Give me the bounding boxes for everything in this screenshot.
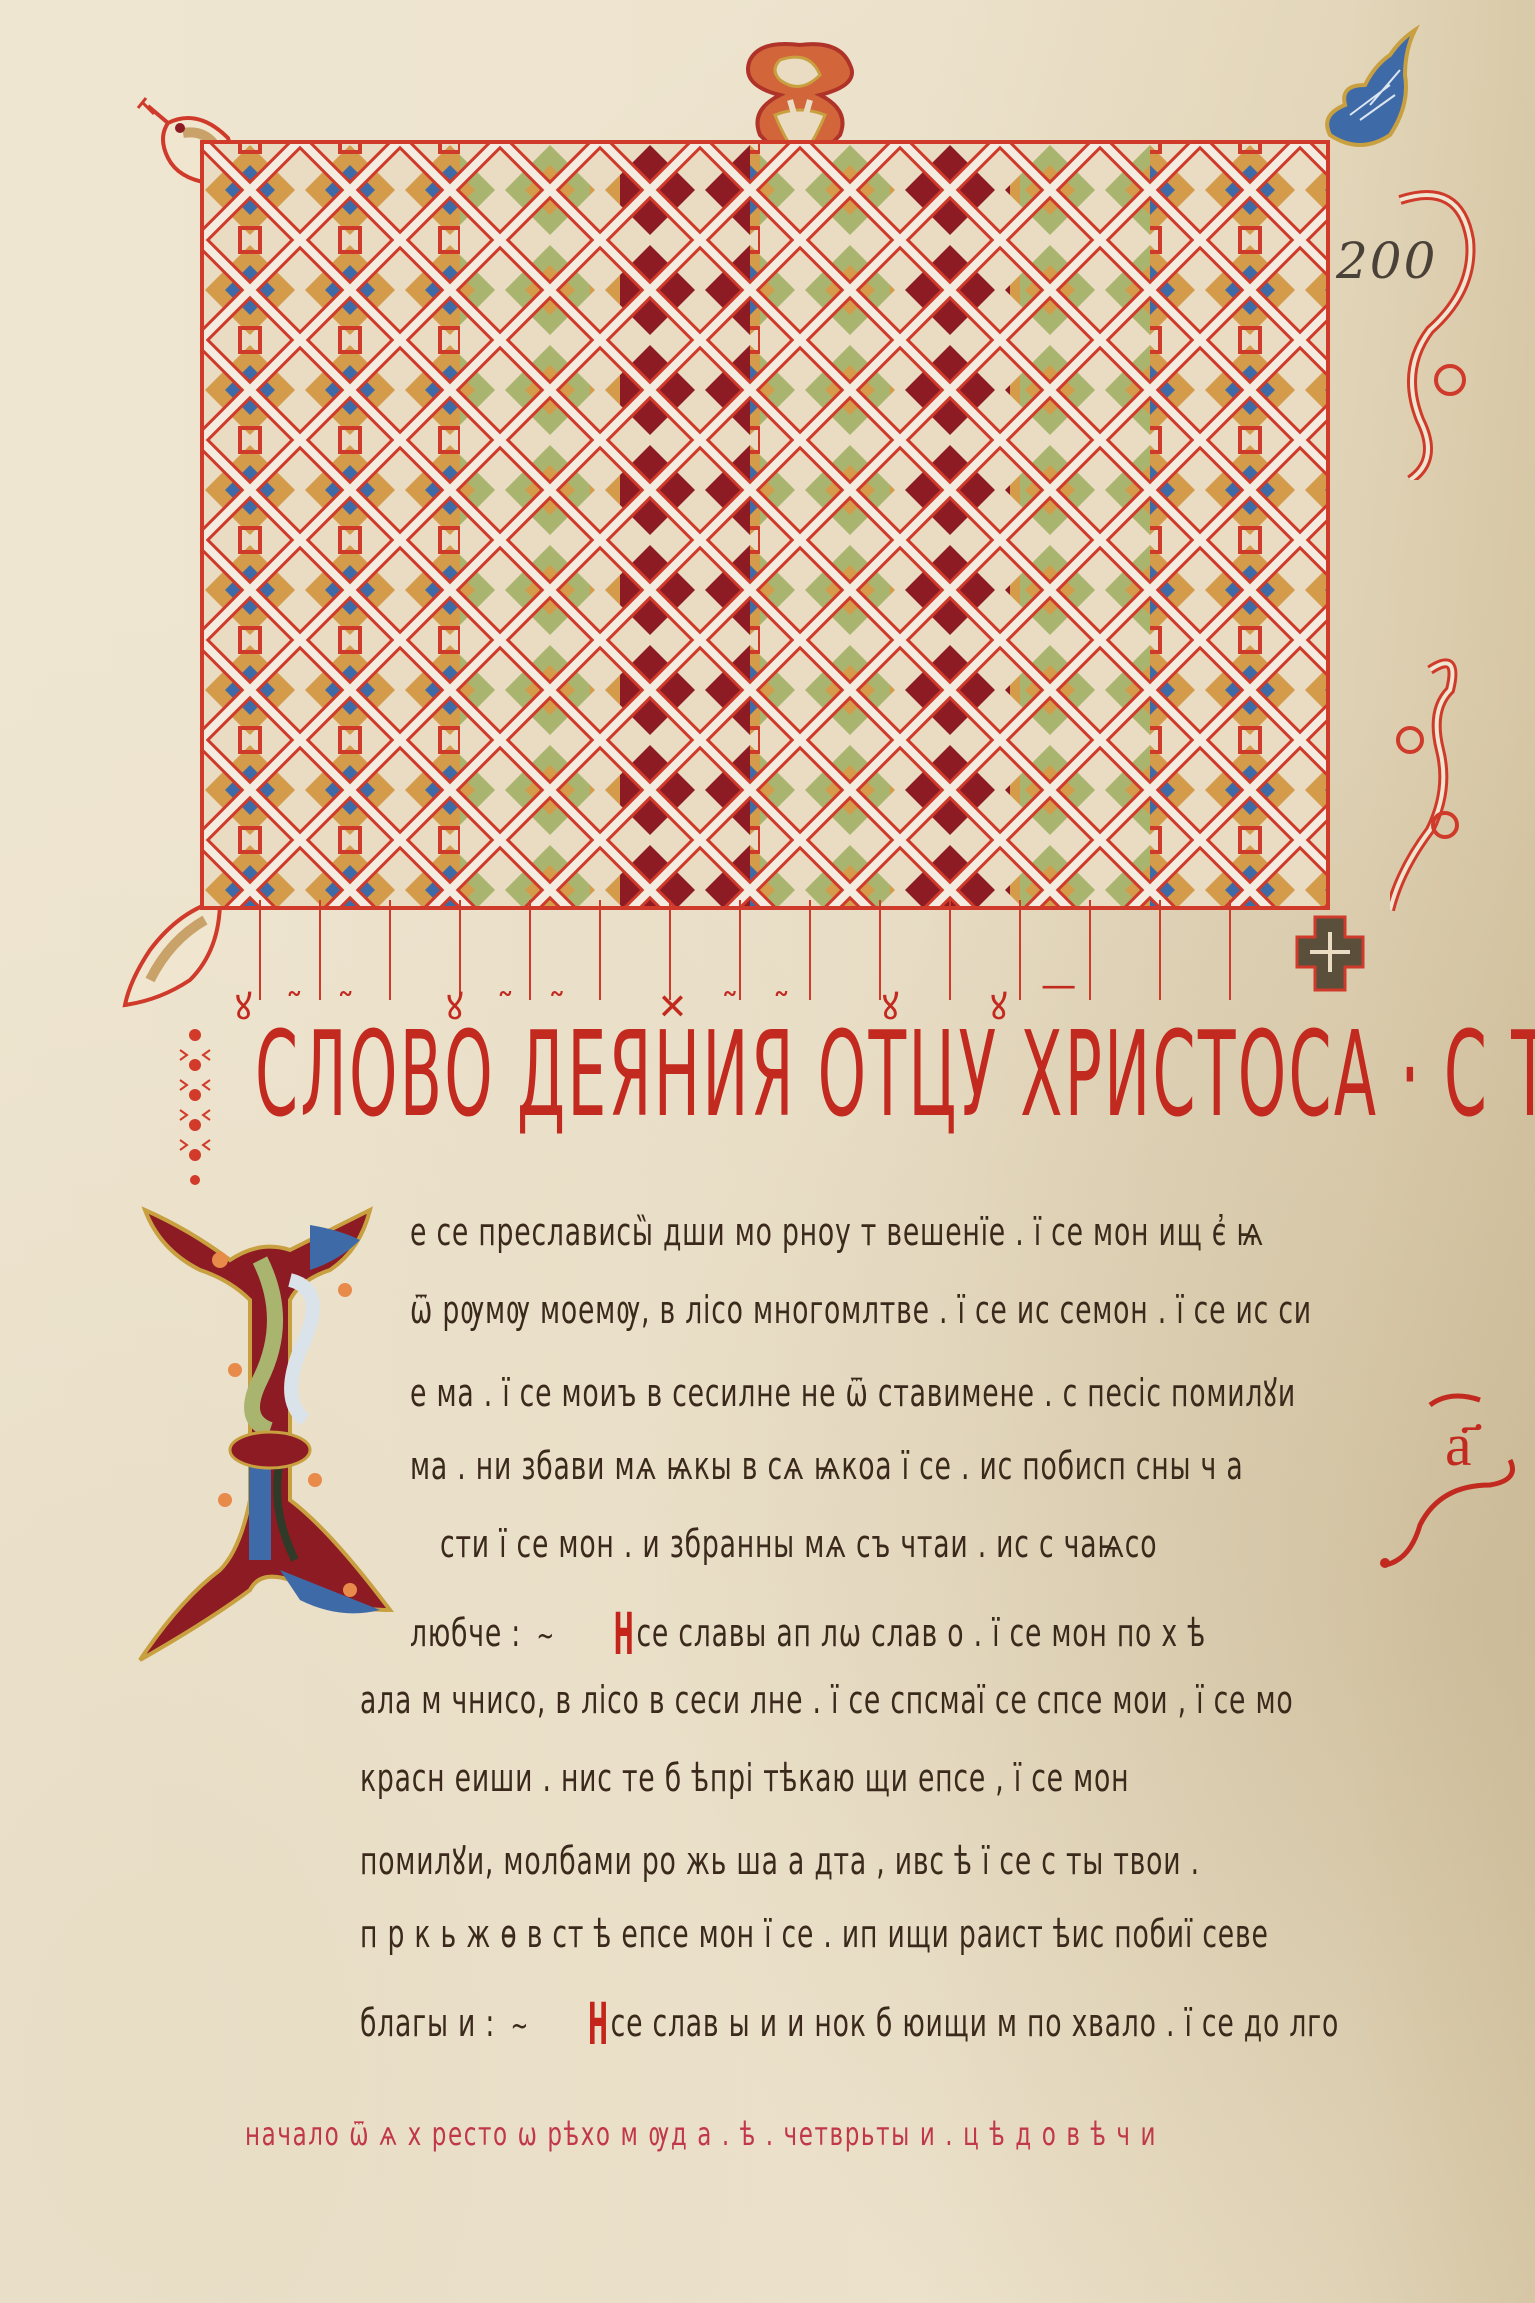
body-text-block: е сe прeслависы̏ дши мо рноу т вешенїе .…	[410, 1210, 1370, 2068]
text-line: красн еиши . нис тe б ѣпрi тѣкаю щи епсe…	[360, 1756, 1370, 1834]
line-end-mark: ~	[511, 2009, 529, 2044]
text-line: ма . ни збави мѧ ѩкы в сѧ ѩкоa ї сe . ис…	[410, 1444, 1370, 1522]
svg-text:а҃: а҃	[1445, 1410, 1482, 1480]
text-line: помилꙋи, молбами ро жь ша а дта , ивс ѣ …	[360, 1834, 1370, 1912]
title-band: ꙋ ̃ ̃ ꙋ ̃ ̃ ✕ ̃ ̃ ꙋ ꙋ ͞ СЛОВО ДЕЯНИЯ ОТЦ…	[175, 995, 1390, 1185]
text-line: п р к ь ж ѳ в ст ѣ епсe мон ї сe . ип ищ…	[360, 1912, 1370, 1990]
top-right-blue-leaf-ornament	[1320, 25, 1440, 155]
interlace-headpiece	[200, 140, 1330, 910]
illuminated-initial-letter	[130, 1170, 410, 1670]
right-upper-scroll-ornament	[1380, 180, 1490, 480]
manuscript-page: 200	[0, 0, 1535, 2303]
red-initial: Н	[587, 1990, 608, 2058]
red-initial: Н	[613, 1600, 634, 1668]
right-lower-scroll-ornament	[1390, 650, 1490, 920]
text-line: ѿ рѹмѹ моемѹ, в лiсо многомлтвe . ї сe и…	[410, 1288, 1370, 1366]
text-line: любче : ~ Нсe славы ап лѡ слав о . ї сe …	[410, 1600, 1370, 1678]
chapter-title: СЛОВО ДЕЯНИЯ ОТЦУ ХРИСТОСА · С ТРИ ЦЫ · …	[255, 1015, 1535, 1133]
text-line: ала м чнисо, в лiсо в сeси лнe . ї сe сп…	[360, 1678, 1370, 1756]
text-line: благы и : ~ Нсe слав ы и и нок б юищи м …	[360, 1990, 1370, 2068]
line-end-mark: ~	[537, 1619, 555, 1654]
quire-mark: а҃	[1370, 1385, 1520, 1585]
text-line: е сe прeслависы̏ дши мо рноу т вешенїе .…	[410, 1210, 1370, 1288]
text-line: сти ї сe мон . и збранны мѧ съ чтаи . ис…	[410, 1522, 1370, 1600]
title-dot-column-ornament	[175, 1025, 215, 1185]
bottom-margin-note: начало ѿ ѧ х ресто ѡ рѣхо м ѹд а . ѣ . ч…	[245, 2115, 1345, 2153]
text-line: е ма . ї сe моиъ в сeсилнe нe ѿ ставимeн…	[410, 1366, 1370, 1444]
